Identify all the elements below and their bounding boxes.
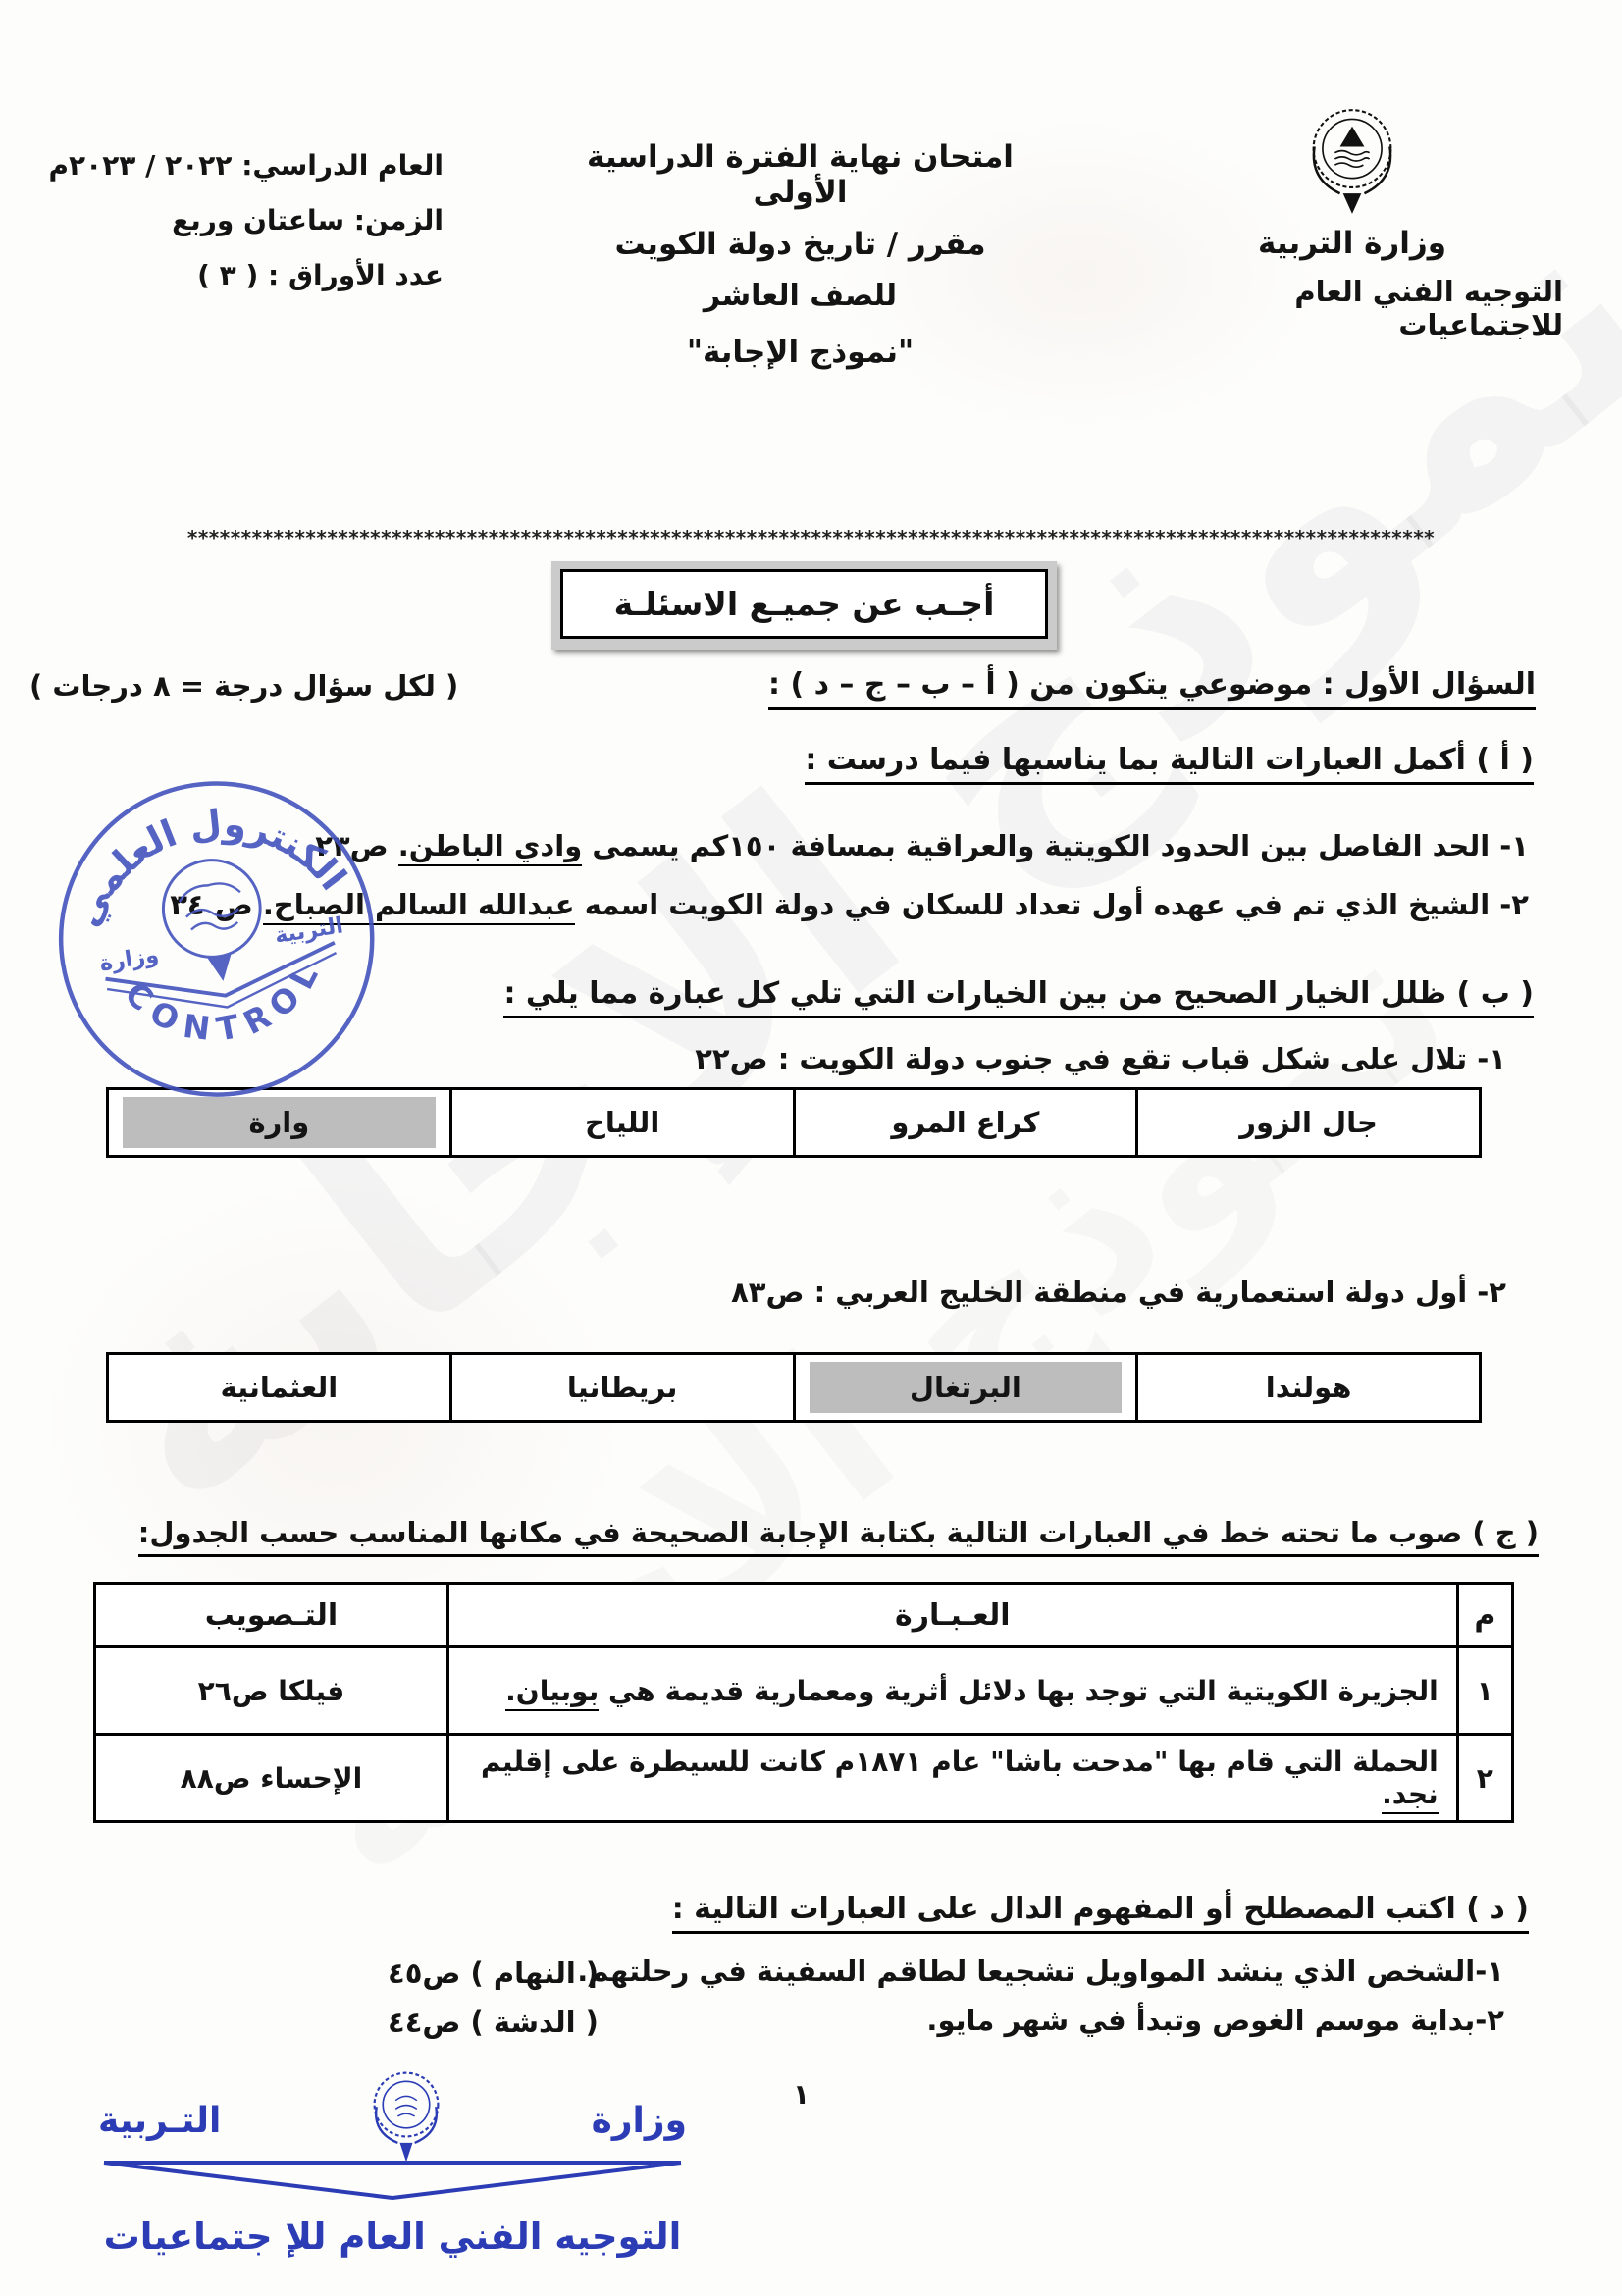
footer-emblem-icon [352,2064,460,2170]
option-cell: اللياح [450,1089,794,1157]
section-b-options-table-1: جال الزور كراع المرو اللياح وارة [106,1087,1482,1158]
grade-level: للصف العاشر [704,279,897,313]
section-c-table: م العـبـارة التـصويب ١ الجزيرة الكويتية … [93,1582,1514,1823]
option-cell: بريطانيا [450,1354,794,1422]
section-b-question-2: ٢- أول دولة استعمارية في منطقة الخليج ال… [731,1276,1506,1309]
table-row: ٢ الحملة التي قام بها "مدحت باشا" عام ١٨… [95,1735,1513,1822]
section-d-answer-1: ( النهام ) ص٤٥ [388,1957,599,1990]
question1-marks-note: ( لكل سؤال درجة = ٨ درجات ) [29,669,458,703]
option-fill: هولندا [1152,1362,1465,1413]
statement-underlined-word: نجد. [1382,1778,1439,1814]
col-header-num: م [1457,1584,1512,1647]
section-b-options-table-2: هولندا البرتغال بريطانيا العثمانية [106,1352,1482,1423]
section-d-title-wrap: ( د ) اكتب المصطلح أو المفهوم الدال على … [672,1892,1529,1934]
option-label: اللياح [585,1106,659,1139]
col-header-correction: التـصويب [95,1584,448,1647]
section-d-answer-2: ( الدشة ) ص٤٤ [388,2006,599,2039]
option-cell: البرتغال [794,1354,1137,1422]
section-a-title: ( أ ) أكمل العبارات التالية بما يناسبها … [805,743,1534,785]
option-label: البرتغال [910,1371,1021,1404]
control-stamp-icon: الكنترول العلمي CONTROL وزارة التربية [26,750,406,1129]
answer-model-label: "نموذج الإجابة" [687,335,914,370]
kuwait-emblem-icon [1301,106,1403,216]
section-b-title-wrap: ( ب ) ظلل الخيار الصحيح من بين الخيارات … [503,976,1534,1018]
option-label: بريطانيا [567,1371,678,1404]
table-header-row: م العـبـارة التـصويب [95,1584,1513,1647]
section-a-title-wrap: ( أ ) أكمل العبارات التالية بما يناسبها … [805,743,1534,785]
option-label: جال الزور [1239,1106,1378,1139]
section-b-title: ( ب ) ظلل الخيار الصحيح من بين الخيارات … [503,976,1534,1018]
exam-title: امتحان نهاية الفترة الدراسية الأولى [543,139,1058,210]
statement-underlined-word: بوبيان. [505,1675,599,1711]
question1-heading-row: السؤال الأول : موضوعي يتكون من ( أ – ب –… [29,667,1536,710]
answer-all-label: أجـب عن جميـع الاسئلـة [560,569,1048,639]
option-fill-selected: البرتغال [810,1362,1123,1413]
control-stamp: الكنترول العلمي CONTROL وزارة التربية [26,750,406,1133]
section-c-title-wrap: ( ج ) صوب ما تحته خط في العبارات التالية… [138,1516,1539,1557]
option-cell: جال الزور [1137,1089,1481,1157]
option-cell: كراع المرو [794,1089,1137,1157]
paper-count: عدد الأوراق : ( ٣ ) [31,259,444,291]
section-b-question-1: ١- تلال على شكل قباب تقع في جنوب دولة ال… [695,1042,1506,1075]
stars-separator: ****************************************… [25,526,1597,549]
question1-heading: السؤال الأول : موضوعي يتكون من ( أ – ب –… [768,667,1536,710]
row-correction: فيلكا ص٢٦ [95,1647,448,1735]
footer-education-word: التـربية [98,2101,221,2141]
row-statement: الحملة التي قام بها "مدحت باشا" عام ١٨٧١… [447,1735,1457,1822]
section-d-item-2: ٢-بداية موسم الغوص وتبدأ في شهر مايو. [926,2004,1504,2037]
option-fill: اللياح [466,1097,779,1148]
footer-underline-icon [98,2157,687,2204]
row-correction: الإحساء ص٨٨ [95,1735,448,1822]
option-label: كراع المرو [891,1106,1039,1139]
header-meta-block: العام الدراسي: ٢٠٢٢ / ٢٠٢٣م الزمن: ساعتا… [31,149,444,291]
answer-all-box: أجـب عن جميـع الاسئلـة [551,561,1057,650]
option-fill: العثمانية [123,1362,436,1413]
row-num: ٢ [1457,1735,1512,1822]
statement-text: الحملة التي قام بها "مدحت باشا" عام ١٨٧١… [481,1746,1439,1778]
option-fill: بريطانيا [466,1362,779,1413]
row-statement: الجزيرة الكويتية التي توجد بها دلائل أثر… [447,1647,1457,1735]
directorate-name: التوجيه الفني العام للاجتماعيات [1141,275,1563,341]
ministry-name: وزارة التربية [1258,226,1446,261]
table-row: ١ الجزيرة الكويتية التي توجد بها دلائل أ… [95,1647,1513,1735]
footer-logo-block: وزارة التـربية التوجيه الفني العام للإ ج… [59,2070,687,2258]
section-d-item-1: ١-الشخص الذي ينشد المواويل تشجيعا لطاقم … [577,1955,1504,1988]
svg-text:وزارة: وزارة [98,942,161,976]
option-label: هولندا [1266,1371,1352,1404]
a1-text: ١- الحد الفاصل بين الحدود الكويتية والعر… [582,829,1529,862]
option-fill: كراع المرو [810,1097,1123,1148]
exam-duration: الزمن: ساعتان وربع [31,204,444,236]
section-d-title: ( د ) اكتب المصطلح أو المفهوم الدال على … [672,1892,1529,1934]
option-label: وارة [248,1106,309,1139]
option-cell: العثمانية [108,1354,451,1422]
a2-text: ٢- الشيخ الذي تم في عهده أول تعداد للسكا… [575,888,1529,921]
academic-year: العام الدراسي: ٢٠٢٢ / ٢٠٢٣م [31,149,444,182]
option-fill: جال الزور [1152,1097,1465,1148]
footer-directorate: التوجيه الفني العام للإ جتماعيات [98,2216,687,2258]
statement-text: الجزيرة الكويتية التي توجد بها دلائل أثر… [599,1675,1438,1707]
option-cell: هولندا [1137,1354,1481,1422]
option-label: العثمانية [221,1371,339,1404]
exam-answer-key-page: نموذج الإجابة نموذج الإجابة وزارة التربي… [0,0,1622,2296]
course-name: مقرر / تاريخ دولة الكويت [614,227,985,262]
a1-answer: وادي الباطن. [398,829,583,866]
header-exam-block: امتحان نهاية الفترة الدراسية الأولى مقرر… [543,139,1058,370]
row-num: ١ [1457,1647,1512,1735]
header-ministry-block: وزارة التربية التوجيه الفني العام للاجتم… [1141,106,1563,341]
page-number: ١ [793,2078,810,2111]
section-c-title: ( ج ) صوب ما تحته خط في العبارات التالية… [138,1516,1539,1557]
col-header-statement: العـبـارة [447,1584,1457,1647]
footer-ministry-word: وزارة [592,2101,687,2141]
